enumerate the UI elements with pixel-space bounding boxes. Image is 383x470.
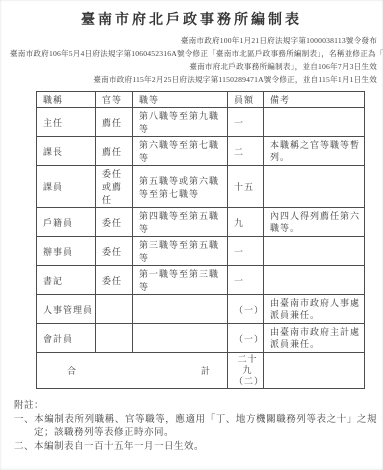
cell-rank: 委任 (96, 208, 133, 237)
cell-remark (264, 108, 365, 137)
cell-remark: 內四人得列薦任第六職等。 (264, 208, 365, 237)
cell-grade: 第一職等至第三職等 (133, 266, 228, 295)
column-header-rank: 官等 (96, 92, 133, 108)
column-header-job-title: 職稱 (37, 92, 96, 108)
cell-remark: 由臺南市政府人事處派員兼任。 (264, 295, 365, 324)
footnotes-heading: 附註： (14, 400, 377, 413)
cell-headcount: 一 (228, 237, 264, 266)
column-header-headcount: 員額 (228, 92, 264, 108)
cell-grade: 第八職等至第九職等 (133, 108, 228, 137)
cell-job-title: 會計員 (37, 324, 96, 353)
cell-grade: 第五職等或第六職等至第七職等 (133, 166, 228, 208)
total-label-right: 計 (201, 364, 211, 377)
cell-rank: 委任或薦任 (96, 166, 133, 208)
cell-grade: 第六職等至第七職等 (133, 137, 228, 166)
cell-grade: 第四職等至第五職等 (133, 208, 228, 237)
table-row: 戶籍員 委任 第四職等至第五職等 九 內四人得列薦任第六職等。 (37, 208, 365, 237)
table-row: 課員 委任或薦任 第五職等或第六職等至第七職等 十五 (37, 166, 365, 208)
total-headcount-cell: 二十九 （二） (228, 353, 264, 389)
column-header-remarks: 備考 (264, 92, 365, 108)
cell-grade (133, 324, 228, 353)
total-headcount-line1: 二十九 (234, 354, 261, 376)
table-header-row: 職稱 官等 職等 員額 備考 (37, 92, 365, 108)
cell-remark (264, 237, 365, 266)
table-row: 會計員 （一） 由臺南市政府主計處派員兼任。 (37, 324, 365, 353)
cell-rank: 薦任 (96, 108, 133, 137)
cell-headcount: 二 (228, 137, 264, 166)
total-label-cell: 合 計 (37, 353, 228, 389)
cell-rank: 委任 (96, 237, 133, 266)
document-page: 臺南市府北戶政事務所編制表 臺南市政府100年1月21日府法規字第1000038… (0, 0, 383, 470)
total-label-left: 合 (67, 364, 77, 377)
cell-rank: 委任 (96, 266, 133, 295)
cell-job-title: 辦事員 (37, 237, 96, 266)
cell-headcount: 九 (228, 208, 264, 237)
issuance-history: 臺南市政府100年1月21日府法規字第1000038113號令發布 臺南市政府1… (10, 34, 377, 86)
cell-job-title: 課長 (37, 137, 96, 166)
table-row: 書記 委任 第一職等至第三職等 一 (37, 266, 365, 295)
cell-rank (96, 324, 133, 353)
table-row: 人事管理員 （一） 由臺南市政府人事處派員兼任。 (37, 295, 365, 324)
column-header-grade: 職等 (133, 92, 228, 108)
issuance-line-4: 臺南市政府115年2月25日府法規字第1150289471A號令修正，並自115… (10, 73, 377, 86)
issuance-line-3: 臺南市府北戶政事務所編制表」，並自106年7月3日生效 (10, 60, 377, 73)
cell-headcount: 十五 (228, 166, 264, 208)
cell-remark: 本職稱之官等職等暫列。 (264, 137, 365, 166)
footnotes: 附註： 一、本編制表所列職稱、官等職等，應適用「丁、地方機關職務列等表之十」之規… (14, 400, 377, 454)
issuance-line-2: 臺南市政府106年5月4日府法規字第1060452316A號令修正「臺南市北區戶… (10, 47, 377, 60)
table-total-row: 合 計 二十九 （二） (37, 353, 365, 389)
table-row: 課長 薦任 第六職等至第七職等 二 本職稱之官等職等暫列。 (37, 137, 365, 166)
cell-job-title: 書記 (37, 266, 96, 295)
cell-job-title: 戶籍員 (37, 208, 96, 237)
cell-headcount: （一） (228, 324, 264, 353)
cell-rank: 薦任 (96, 137, 133, 166)
footnote-item-1: 一、本編制表所列職稱、官等職等，應適用「丁、地方機關職務列等表之十」之規定；該職… (14, 414, 377, 440)
cell-grade: 第三職等至第五職等 (133, 237, 228, 266)
cell-headcount: （一） (228, 295, 264, 324)
cell-headcount: 一 (228, 108, 264, 137)
total-remark-cell (264, 353, 365, 389)
total-headcount-line2: （二） (234, 376, 261, 387)
footnote-item-2: 二、本編制表自一百十五年一月一日生效。 (14, 441, 377, 454)
table-row: 主任 薦任 第八職等至第九職等 一 (37, 108, 365, 137)
cell-headcount: 一 (228, 266, 264, 295)
cell-job-title: 主任 (37, 108, 96, 137)
cell-job-title: 課員 (37, 166, 96, 208)
cell-rank (96, 295, 133, 324)
cell-remark (264, 266, 365, 295)
document-title: 臺南市府北戶政事務所編制表 (0, 12, 383, 30)
cell-remark: 由臺南市政府主計處派員兼任。 (264, 324, 365, 353)
table-row: 辦事員 委任 第三職等至第五職等 一 (37, 237, 365, 266)
cell-job-title: 人事管理員 (37, 295, 96, 324)
staffing-table: 職稱 官等 職等 員額 備考 主任 薦任 第八職等至第九職等 一 課長 薦任 第… (36, 91, 365, 389)
issuance-line-1: 臺南市政府100年1月21日府法規字第1000038113號令發布 (10, 34, 377, 47)
cell-remark (264, 166, 365, 208)
cell-grade (133, 295, 228, 324)
